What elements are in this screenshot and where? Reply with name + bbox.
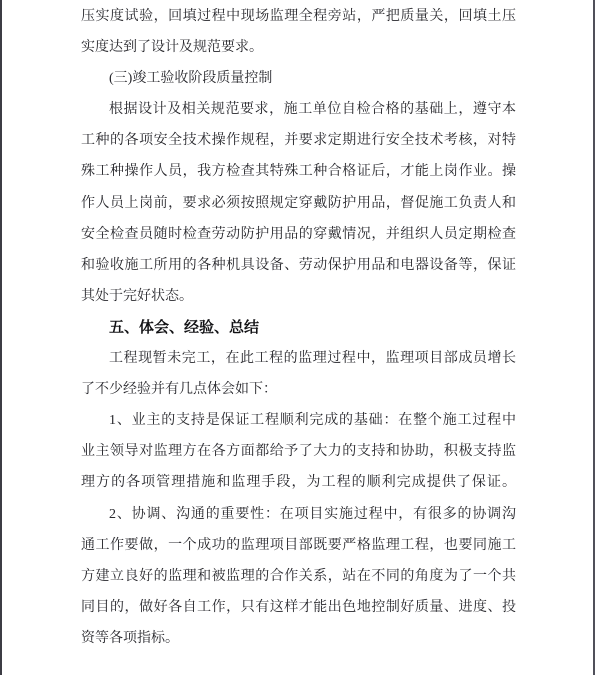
text-line: 1、业主的支持是保证工程顺利完成的基础：在整个施工过程中 bbox=[81, 405, 516, 436]
text-line: 根据设计及相关规范要求，施工单位自检合格的基础上，遵守本 bbox=[81, 94, 516, 125]
text-line: 方建立良好的监理和被监理的合作关系，站在不同的角度为了一个共 bbox=[81, 561, 516, 592]
text-line: 2、协调、沟通的重要性：在项目实施过程中，有很多的协调沟 bbox=[81, 499, 516, 530]
text-line: 殊工种操作人员，我方检查其特殊工种合格证后，才能上岗作业。操 bbox=[81, 156, 516, 187]
text-line: 资等各项指标。 bbox=[81, 623, 516, 654]
text-line: 工种的各项安全技术操作规程，并要求定期进行安全技术考核，对特 bbox=[81, 125, 516, 156]
text-line: 理方的各项管理措施和监理手段，为工程的顺利完成提供了保证。 bbox=[81, 467, 516, 498]
text-line: 安全检查员随时检查劳动防护用品的穿戴情况，并组织人员定期检查 bbox=[81, 219, 516, 250]
subsection-title: (三)竣工验收阶段质量控制 bbox=[81, 63, 516, 94]
document-page: 压实度试验，回填过程中现场监理全程旁站，严把质量关，回填土压 实度达到了设计及规… bbox=[0, 0, 598, 675]
text-line: 了不少经验并有几点体会如下： bbox=[81, 374, 516, 405]
page-right-edge-rule bbox=[593, 0, 595, 675]
text-line: 和验收施工所用的各种机具设备、劳动保护用品和电器设备等，保证 bbox=[81, 250, 516, 281]
document-body: 压实度试验，回填过程中现场监理全程旁站，严把质量关，回填土压 实度达到了设计及规… bbox=[81, 1, 516, 654]
text-line: 通工作要做，一个成功的监理项目部既要严格监理工程，也要同施工 bbox=[81, 530, 516, 561]
text-line: 作人员上岗前，要求必须按照规定穿戴防护用品，督促施工负责人和 bbox=[81, 188, 516, 219]
text-line: 其处于完好状态。 bbox=[81, 281, 516, 312]
text-line: 实度达到了设计及规范要求。 bbox=[81, 32, 516, 63]
text-line: 工程现暂未完工，在此工程的监理过程中，监理项目部成员增长 bbox=[81, 343, 516, 374]
text-line: 业主领导对监理方在各方面都给予了大力的支持和协助，积极支持监 bbox=[81, 436, 516, 467]
page-left-edge-rule bbox=[0, 0, 2, 675]
text-line: 压实度试验，回填过程中现场监理全程旁站，严把质量关，回填土压 bbox=[81, 1, 516, 32]
text-line: 同目的，做好各自工作，只有这样才能出色地控制好质量、进度、投 bbox=[81, 592, 516, 623]
section-heading: 五、体会、经验、总结 bbox=[81, 312, 516, 343]
